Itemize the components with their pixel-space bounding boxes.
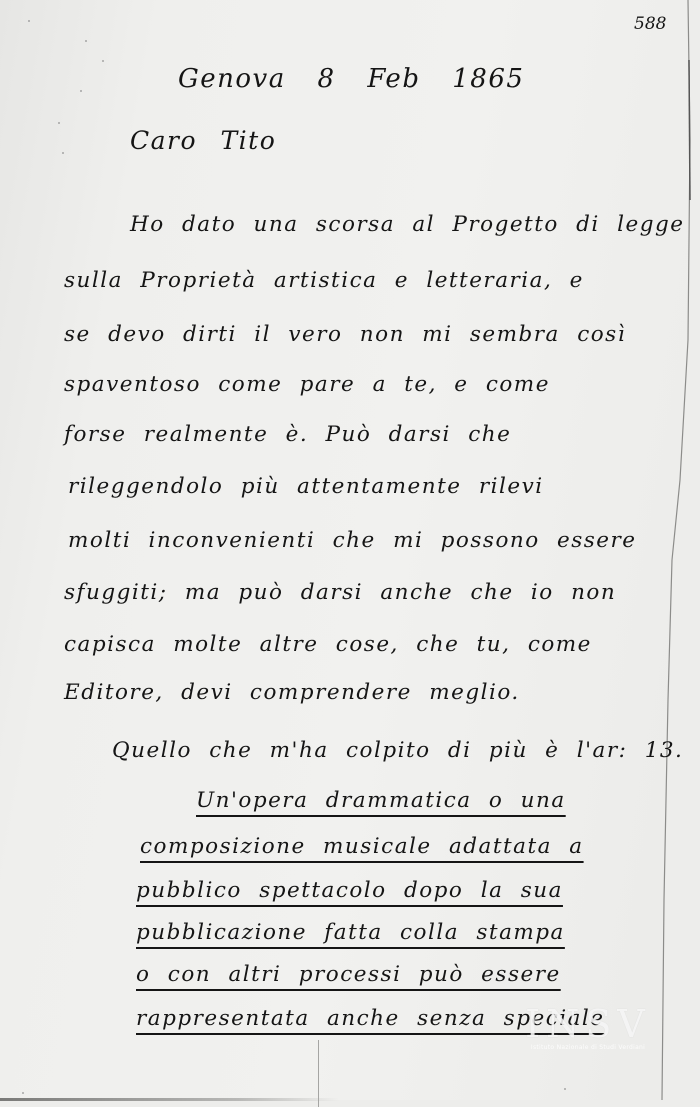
speck — [58, 122, 60, 124]
body-line: capisca molte altre cose, che tu, come — [64, 632, 592, 657]
body-line: spaventoso come pare a te, e come — [64, 372, 550, 397]
speck — [28, 20, 30, 22]
page-bottom-edge — [0, 1098, 340, 1101]
quoted-line: composizione musicale adattata a — [140, 834, 584, 859]
body-line: sfuggiti; ma può darsi anche che io non — [64, 580, 616, 605]
document-scan: 588 Genova 8 Feb 1865 Caro Tito Ho dato … — [0, 0, 700, 1107]
body-line: forse realmente è. Può darsi che — [64, 422, 511, 447]
quoted-line: pubblicazione fatta colla stampa — [136, 920, 565, 945]
speck — [102, 60, 104, 62]
speck — [85, 40, 87, 42]
body-line: sulla Proprietà artistica e letteraria, … — [64, 268, 584, 293]
body-line: se devo dirti il vero non mi sembra così — [64, 322, 626, 347]
speck — [80, 90, 82, 92]
body-line: Editore, devi comprendere meglio. — [64, 680, 520, 705]
speck — [22, 1092, 24, 1094]
letter-salutation: Caro Tito — [130, 126, 276, 155]
speck — [62, 152, 64, 154]
body-line: Quello che m'ha colpito di più è l'ar: 1… — [112, 738, 683, 763]
body-line: rileggendolo più attentamente rilevi — [68, 474, 544, 499]
letter-dateline: Genova 8 Feb 1865 — [178, 64, 524, 94]
quoted-line: rappresentata anche senza speciale — [136, 1006, 605, 1031]
quoted-line: Un'opera drammatica o una — [196, 788, 566, 813]
folio-number: 588 — [634, 14, 666, 34]
body-line: molti inconvenienti che mi possono esser… — [68, 528, 637, 553]
quoted-line: pubblico spettacolo dopo la sua — [136, 878, 563, 903]
body-line: Ho dato una scorsa al Progetto di legge — [130, 212, 684, 237]
fold-mark — [318, 1040, 319, 1107]
quoted-line: o con altri processi può essere — [136, 962, 561, 987]
speck — [564, 1088, 566, 1090]
